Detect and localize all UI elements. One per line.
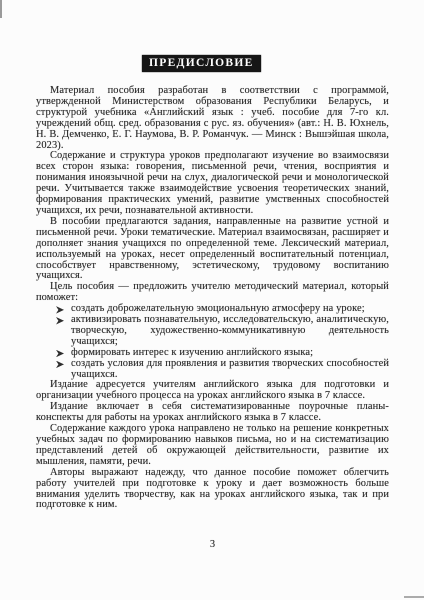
list-item-text: формировать интерес к изучению английско…: [71, 347, 313, 358]
paragraph: Цель пособия — предложить учителю методи…: [36, 282, 389, 304]
arrowhead-bullet-icon: [56, 317, 64, 325]
body-text: Материал пособия разработан в соответств…: [36, 86, 389, 511]
scan-artifact-bottom: [404, 596, 424, 598]
paragraph: В пособии предлагаются задания, направле…: [36, 217, 389, 282]
paragraph: Материал пособия разработан в соответств…: [36, 86, 389, 151]
chapter-title: ПРЕДИСЛОВИЕ: [142, 55, 261, 72]
paragraph: Содержание и структура уроков предполага…: [36, 151, 389, 216]
bullet-list: создать доброжелательную эмоциональную а…: [36, 304, 389, 380]
list-item-text: активизировать познавательную, исследова…: [71, 314, 389, 347]
list-item-text: создать условия для проявления и развити…: [71, 358, 389, 380]
book-page: ПРЕДИСЛОВИЕ Материал пособия разработан …: [0, 0, 424, 600]
list-item: активизировать познавательную, исследова…: [36, 315, 389, 348]
paragraph: Издание включает в себя систематизирован…: [36, 402, 389, 424]
list-item: создать условия для проявления и развити…: [36, 359, 389, 381]
title-row: ПРЕДИСЛОВИЕ: [36, 53, 389, 70]
paragraph: Содержание каждого урока направлено не т…: [36, 424, 389, 468]
arrowhead-bullet-icon: [56, 350, 64, 358]
arrowhead-bullet-icon: [56, 306, 64, 314]
page-number: 3: [36, 539, 389, 550]
list-item-text: создать доброжелательную эмоциональную а…: [71, 303, 365, 314]
paragraph: Авторы выражают надежду, что данное посо…: [36, 468, 389, 512]
scan-artifact-left: [0, 0, 2, 18]
arrowhead-bullet-icon: [56, 361, 64, 369]
paragraph: Издание адресуется учителям английского …: [36, 380, 389, 402]
